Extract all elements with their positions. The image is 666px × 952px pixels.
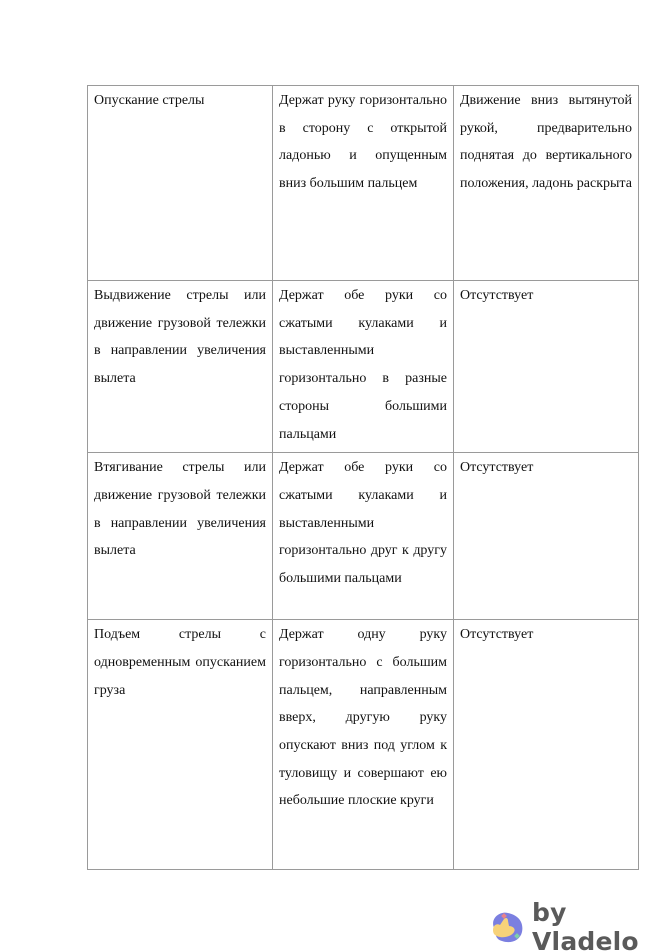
- sign-day-text: Держат обе руки со сжатыми кулаками и вы…: [279, 281, 447, 448]
- sign-day-text: Держат обе руки со сжатыми кулаками и вы…: [279, 453, 447, 593]
- sign-night-text: Движение вниз вытянутой рукой, предварит…: [460, 86, 632, 198]
- sign-day-cell: Держат руку горизонтально в сторону с от…: [273, 86, 454, 281]
- operation-text: Опускание стрелы: [94, 86, 266, 115]
- operation-text: Втягивание стрелы или движение грузовой …: [94, 453, 266, 565]
- table-row: Опускание стрелы Держат руку горизонталь…: [88, 86, 639, 281]
- operation-text: Подъем стрелы с одновременным опусканием…: [94, 620, 266, 704]
- crane-signals-table: Опускание стрелы Держат руку горизонталь…: [87, 85, 639, 870]
- operation-cell: Опускание стрелы: [88, 86, 273, 281]
- sign-night-cell: Отсутствует: [454, 281, 639, 453]
- operation-cell: Выдвижение стрелы или движение грузовой …: [88, 281, 273, 453]
- sign-day-cell: Держат обе руки со сжатыми кулаками и вы…: [273, 281, 454, 453]
- sign-day-cell: Держат обе руки со сжатыми кулаками и вы…: [273, 453, 454, 620]
- table-row: Подъем стрелы с одновременным опусканием…: [88, 620, 639, 870]
- vladelo-watermark[interactable]: by Vladelo: [488, 907, 666, 947]
- sign-day-text: Держат руку горизонтально в сторону с от…: [279, 86, 447, 198]
- table-row: Выдвижение стрелы или движение грузовой …: [88, 281, 639, 453]
- operation-cell: Подъем стрелы с одновременным опусканием…: [88, 620, 273, 870]
- watermark-text: by Vladelo: [532, 898, 666, 952]
- sign-night-text: Отсутствует: [460, 281, 632, 310]
- operation-text: Выдвижение стрелы или движение грузовой …: [94, 281, 266, 393]
- sign-night-text: Отсутствует: [460, 620, 632, 649]
- sign-day-cell: Держат одну руку горизонтально с большим…: [273, 620, 454, 870]
- vladelo-logo-icon: [488, 910, 526, 944]
- operation-cell: Втягивание стрелы или движение грузовой …: [88, 453, 273, 620]
- sign-night-cell: Отсутствует: [454, 620, 639, 870]
- sign-day-text: Держат одну руку горизонтально с большим…: [279, 620, 447, 815]
- sign-night-text: Отсутствует: [460, 453, 632, 482]
- sign-night-cell: Движение вниз вытянутой рукой, предварит…: [454, 86, 639, 281]
- table-row: Втягивание стрелы или движение грузовой …: [88, 453, 639, 620]
- sign-night-cell: Отсутствует: [454, 453, 639, 620]
